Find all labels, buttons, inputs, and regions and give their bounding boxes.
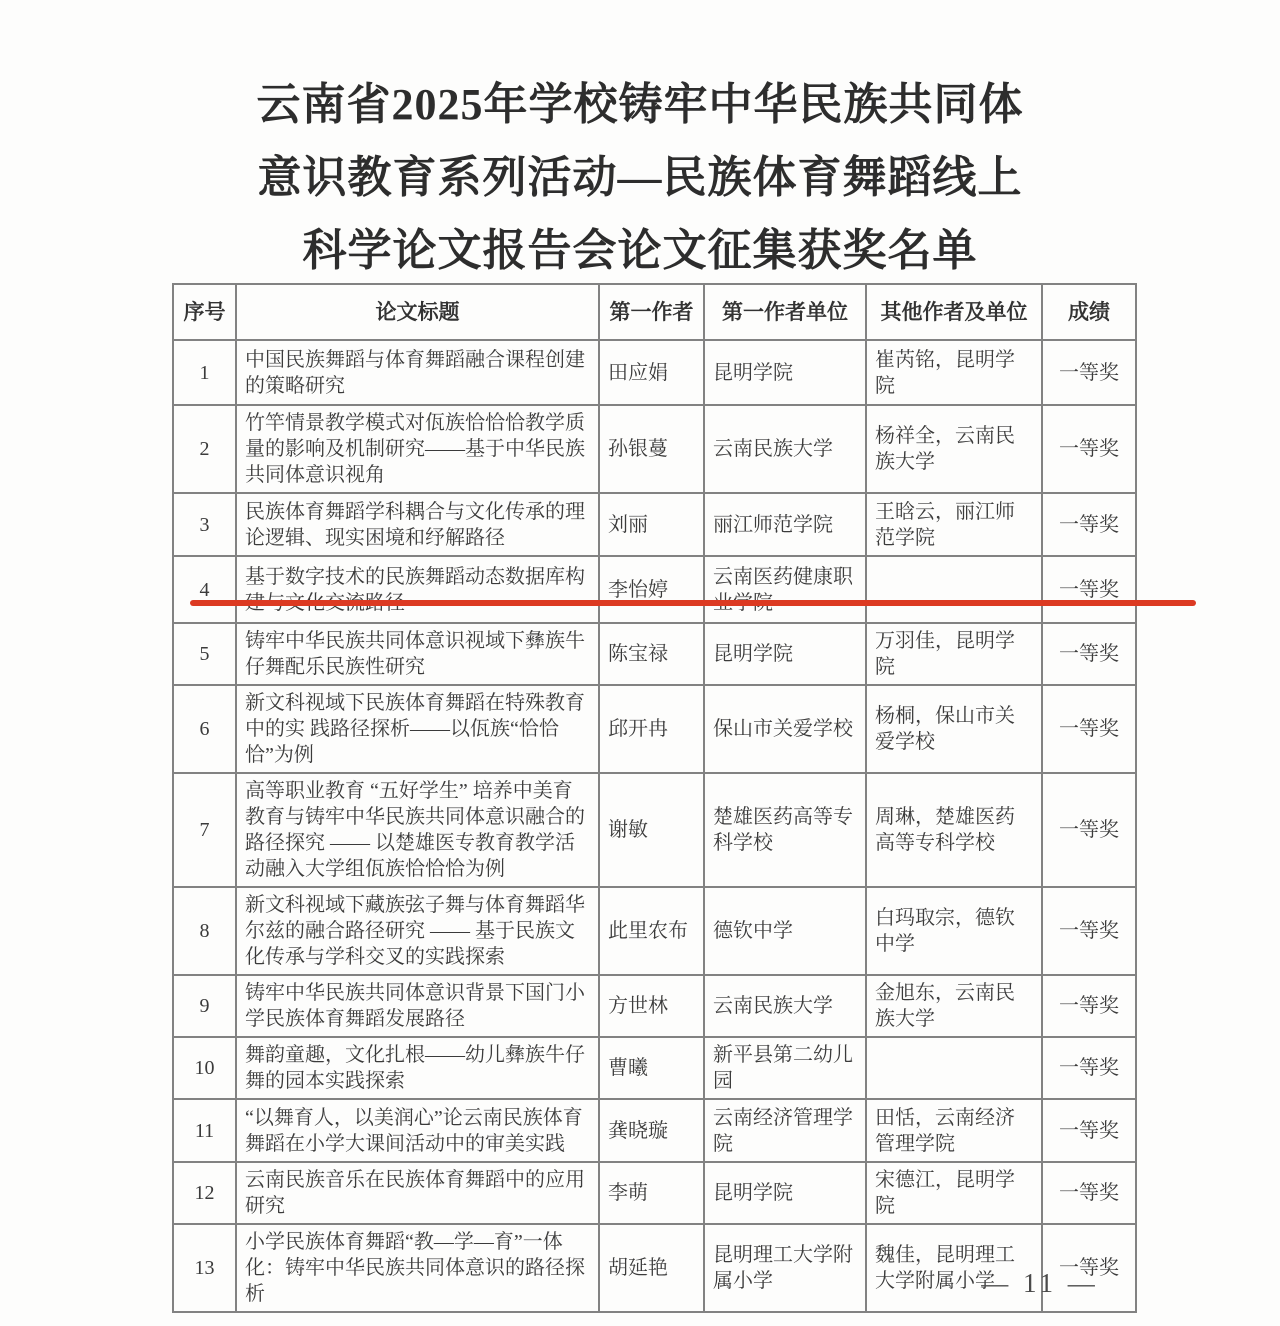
cell-first-author: 田应娟 [599, 340, 704, 405]
cell-index: 8 [173, 887, 236, 975]
cell-index: 9 [173, 975, 236, 1037]
cell-first-author-affiliation: 云南经济管理学院 [704, 1099, 866, 1162]
cell-index: 13 [173, 1224, 236, 1312]
cell-first-author: 刘丽 [599, 493, 704, 556]
col-header-index: 序号 [173, 284, 236, 340]
cell-index: 7 [173, 773, 236, 887]
cell-index: 4 [173, 556, 236, 623]
table-row: 1 中国民族舞蹈与体育舞蹈融合课程创建的策略研究 田应娟 昆明学院 崔芮铭，昆明… [173, 340, 1136, 405]
table-row: 3 民族体育舞蹈学科耦合与文化传承的理论逻辑、现实困境和纾解路径 刘丽 丽江师范… [173, 493, 1136, 556]
col-header-first-author: 第一作者 [599, 284, 704, 340]
cell-paper-title: 高等职业教育 “五好学生” 培养中美育教育与铸牢中华民族共同体意识融合的路径探究… [236, 773, 599, 887]
cell-other-authors [866, 556, 1042, 623]
cell-paper-title: 竹竿情景教学模式对佤族恰恰恰教学质量的影响及机制研究——基于中华民族共同体意识视… [236, 405, 599, 493]
cell-first-author-affiliation: 昆明学院 [704, 623, 866, 685]
cell-award: 一等奖 [1042, 493, 1136, 556]
cell-index: 11 [173, 1099, 236, 1162]
cell-other-authors: 杨桐，保山市关爱学校 [866, 685, 1042, 773]
cell-first-author-affiliation: 云南医药健康职业学院 [704, 556, 866, 623]
cell-other-authors: 田恬，云南经济管理学院 [866, 1099, 1042, 1162]
table-header-row: 序号 论文标题 第一作者 第一作者单位 其他作者及单位 成绩 [173, 284, 1136, 340]
page-number: — 11 — [920, 1268, 1160, 1299]
table-row: 10 舞韵童趣，文化扎根——幼儿彝族牛仔舞的园本实践探索 曹曦 新平县第二幼儿园… [173, 1037, 1136, 1099]
cell-first-author-affiliation: 德钦中学 [704, 887, 866, 975]
cell-index: 6 [173, 685, 236, 773]
red-annotation-line [190, 600, 1196, 606]
cell-other-authors: 杨祥全，云南民族大学 [866, 405, 1042, 493]
table-row: 6 新文科视域下民族体育舞蹈在特殊教育中的实 践路径探析——以佤族“恰恰恰”为例… [173, 685, 1136, 773]
cell-award: 一等奖 [1042, 1037, 1136, 1099]
table-row: 9 铸牢中华民族共同体意识背景下国门小学民族体育舞蹈发展路径 方世林 云南民族大… [173, 975, 1136, 1037]
cell-index: 3 [173, 493, 236, 556]
cell-index: 12 [173, 1162, 236, 1224]
cell-other-authors: 白玛取宗，德钦中学 [866, 887, 1042, 975]
cell-first-author-affiliation: 楚雄医药高等专科学校 [704, 773, 866, 887]
cell-award: 一等奖 [1042, 975, 1136, 1037]
cell-paper-title: 铸牢中华民族共同体意识视域下彝族牛仔舞配乐民族性研究 [236, 623, 599, 685]
cell-first-author-affiliation: 云南民族大学 [704, 975, 866, 1037]
table-row: 7 高等职业教育 “五好学生” 培养中美育教育与铸牢中华民族共同体意识融合的路径… [173, 773, 1136, 887]
cell-other-authors: 崔芮铭，昆明学院 [866, 340, 1042, 405]
cell-first-author: 龚晓璇 [599, 1099, 704, 1162]
cell-first-author: 谢敏 [599, 773, 704, 887]
cell-other-authors: 金旭东，云南民族大学 [866, 975, 1042, 1037]
cell-other-authors [866, 1037, 1042, 1099]
cell-paper-title: 基于数字技术的民族舞蹈动态数据库构建与文化交流路径 [236, 556, 599, 623]
document-title: 云南省2025年学校铸牢中华民族共同体 意识教育系列活动—民族体育舞蹈线上 科学… [0, 68, 1280, 287]
cell-award: 一等奖 [1042, 556, 1136, 623]
cell-first-author-affiliation: 云南民族大学 [704, 405, 866, 493]
cell-award: 一等奖 [1042, 685, 1136, 773]
cell-first-author-affiliation: 昆明学院 [704, 1162, 866, 1224]
cell-paper-title: 新文科视域下民族体育舞蹈在特殊教育中的实 践路径探析——以佤族“恰恰恰”为例 [236, 685, 599, 773]
awards-table: 序号 论文标题 第一作者 第一作者单位 其他作者及单位 成绩 1 中国民族舞蹈与… [172, 283, 1137, 1313]
cell-first-author-affiliation: 昆明理工大学附属小学 [704, 1224, 866, 1312]
cell-award: 一等奖 [1042, 340, 1136, 405]
cell-paper-title: 铸牢中华民族共同体意识背景下国门小学民族体育舞蹈发展路径 [236, 975, 599, 1037]
cell-paper-title: 民族体育舞蹈学科耦合与文化传承的理论逻辑、现实困境和纾解路径 [236, 493, 599, 556]
cell-award: 一等奖 [1042, 405, 1136, 493]
table-row: 4 基于数字技术的民族舞蹈动态数据库构建与文化交流路径 李怡婷 云南医药健康职业… [173, 556, 1136, 623]
cell-other-authors: 万羽佳，昆明学院 [866, 623, 1042, 685]
cell-first-author-affiliation: 新平县第二幼儿园 [704, 1037, 866, 1099]
cell-paper-title: “以舞育人，以美润心”论云南民族体育舞蹈在小学大课间活动中的审美实践 [236, 1099, 599, 1162]
cell-index: 1 [173, 340, 236, 405]
cell-first-author: 邱开冉 [599, 685, 704, 773]
cell-first-author: 曹曦 [599, 1037, 704, 1099]
cell-first-author: 李萌 [599, 1162, 704, 1224]
cell-other-authors: 宋德江，昆明学院 [866, 1162, 1042, 1224]
cell-index: 5 [173, 623, 236, 685]
table-row: 2 竹竿情景教学模式对佤族恰恰恰教学质量的影响及机制研究——基于中华民族共同体意… [173, 405, 1136, 493]
awards-table-body: 1 中国民族舞蹈与体育舞蹈融合课程创建的策略研究 田应娟 昆明学院 崔芮铭，昆明… [173, 340, 1136, 1312]
cell-first-author: 方世林 [599, 975, 704, 1037]
cell-award: 一等奖 [1042, 623, 1136, 685]
col-header-other-authors: 其他作者及单位 [866, 284, 1042, 340]
cell-first-author: 胡延艳 [599, 1224, 704, 1312]
cell-paper-title: 云南民族音乐在民族体育舞蹈中的应用研究 [236, 1162, 599, 1224]
cell-paper-title: 新文科视域下藏族弦子舞与体育舞蹈华尔兹的融合路径研究 —— 基于民族文化传承与学… [236, 887, 599, 975]
cell-paper-title: 中国民族舞蹈与体育舞蹈融合课程创建的策略研究 [236, 340, 599, 405]
cell-first-author: 陈宝禄 [599, 623, 704, 685]
cell-award: 一等奖 [1042, 1162, 1136, 1224]
col-header-paper-title: 论文标题 [236, 284, 599, 340]
title-line-2: 意识教育系列活动—民族体育舞蹈线上 [0, 141, 1280, 214]
cell-first-author: 此里农布 [599, 887, 704, 975]
title-line-3: 科学论文报告会论文征集获奖名单 [0, 214, 1280, 287]
cell-first-author: 孙银蔓 [599, 405, 704, 493]
table-row: 5 铸牢中华民族共同体意识视域下彝族牛仔舞配乐民族性研究 陈宝禄 昆明学院 万羽… [173, 623, 1136, 685]
cell-other-authors: 王晗云，丽江师范学院 [866, 493, 1042, 556]
table-row: 11 “以舞育人，以美润心”论云南民族体育舞蹈在小学大课间活动中的审美实践 龚晓… [173, 1099, 1136, 1162]
col-header-first-author-affiliation: 第一作者单位 [704, 284, 866, 340]
cell-paper-title: 小学民族体育舞蹈“教—学—育”一体化：铸牢中华民族共同体意识的路径探析 [236, 1224, 599, 1312]
col-header-award: 成绩 [1042, 284, 1136, 340]
cell-first-author-affiliation: 丽江师范学院 [704, 493, 866, 556]
cell-index: 10 [173, 1037, 236, 1099]
title-line-1: 云南省2025年学校铸牢中华民族共同体 [0, 68, 1280, 141]
table-row: 12 云南民族音乐在民族体育舞蹈中的应用研究 李萌 昆明学院 宋德江，昆明学院 … [173, 1162, 1136, 1224]
cell-paper-title: 舞韵童趣，文化扎根——幼儿彝族牛仔舞的园本实践探索 [236, 1037, 599, 1099]
cell-award: 一等奖 [1042, 1099, 1136, 1162]
cell-award: 一等奖 [1042, 773, 1136, 887]
cell-other-authors: 周琳，楚雄医药高等专科学校 [866, 773, 1042, 887]
cell-first-author-affiliation: 保山市关爱学校 [704, 685, 866, 773]
cell-first-author-affiliation: 昆明学院 [704, 340, 866, 405]
cell-award: 一等奖 [1042, 887, 1136, 975]
cell-index: 2 [173, 405, 236, 493]
table-row: 8 新文科视域下藏族弦子舞与体育舞蹈华尔兹的融合路径研究 —— 基于民族文化传承… [173, 887, 1136, 975]
cell-first-author: 李怡婷 [599, 556, 704, 623]
